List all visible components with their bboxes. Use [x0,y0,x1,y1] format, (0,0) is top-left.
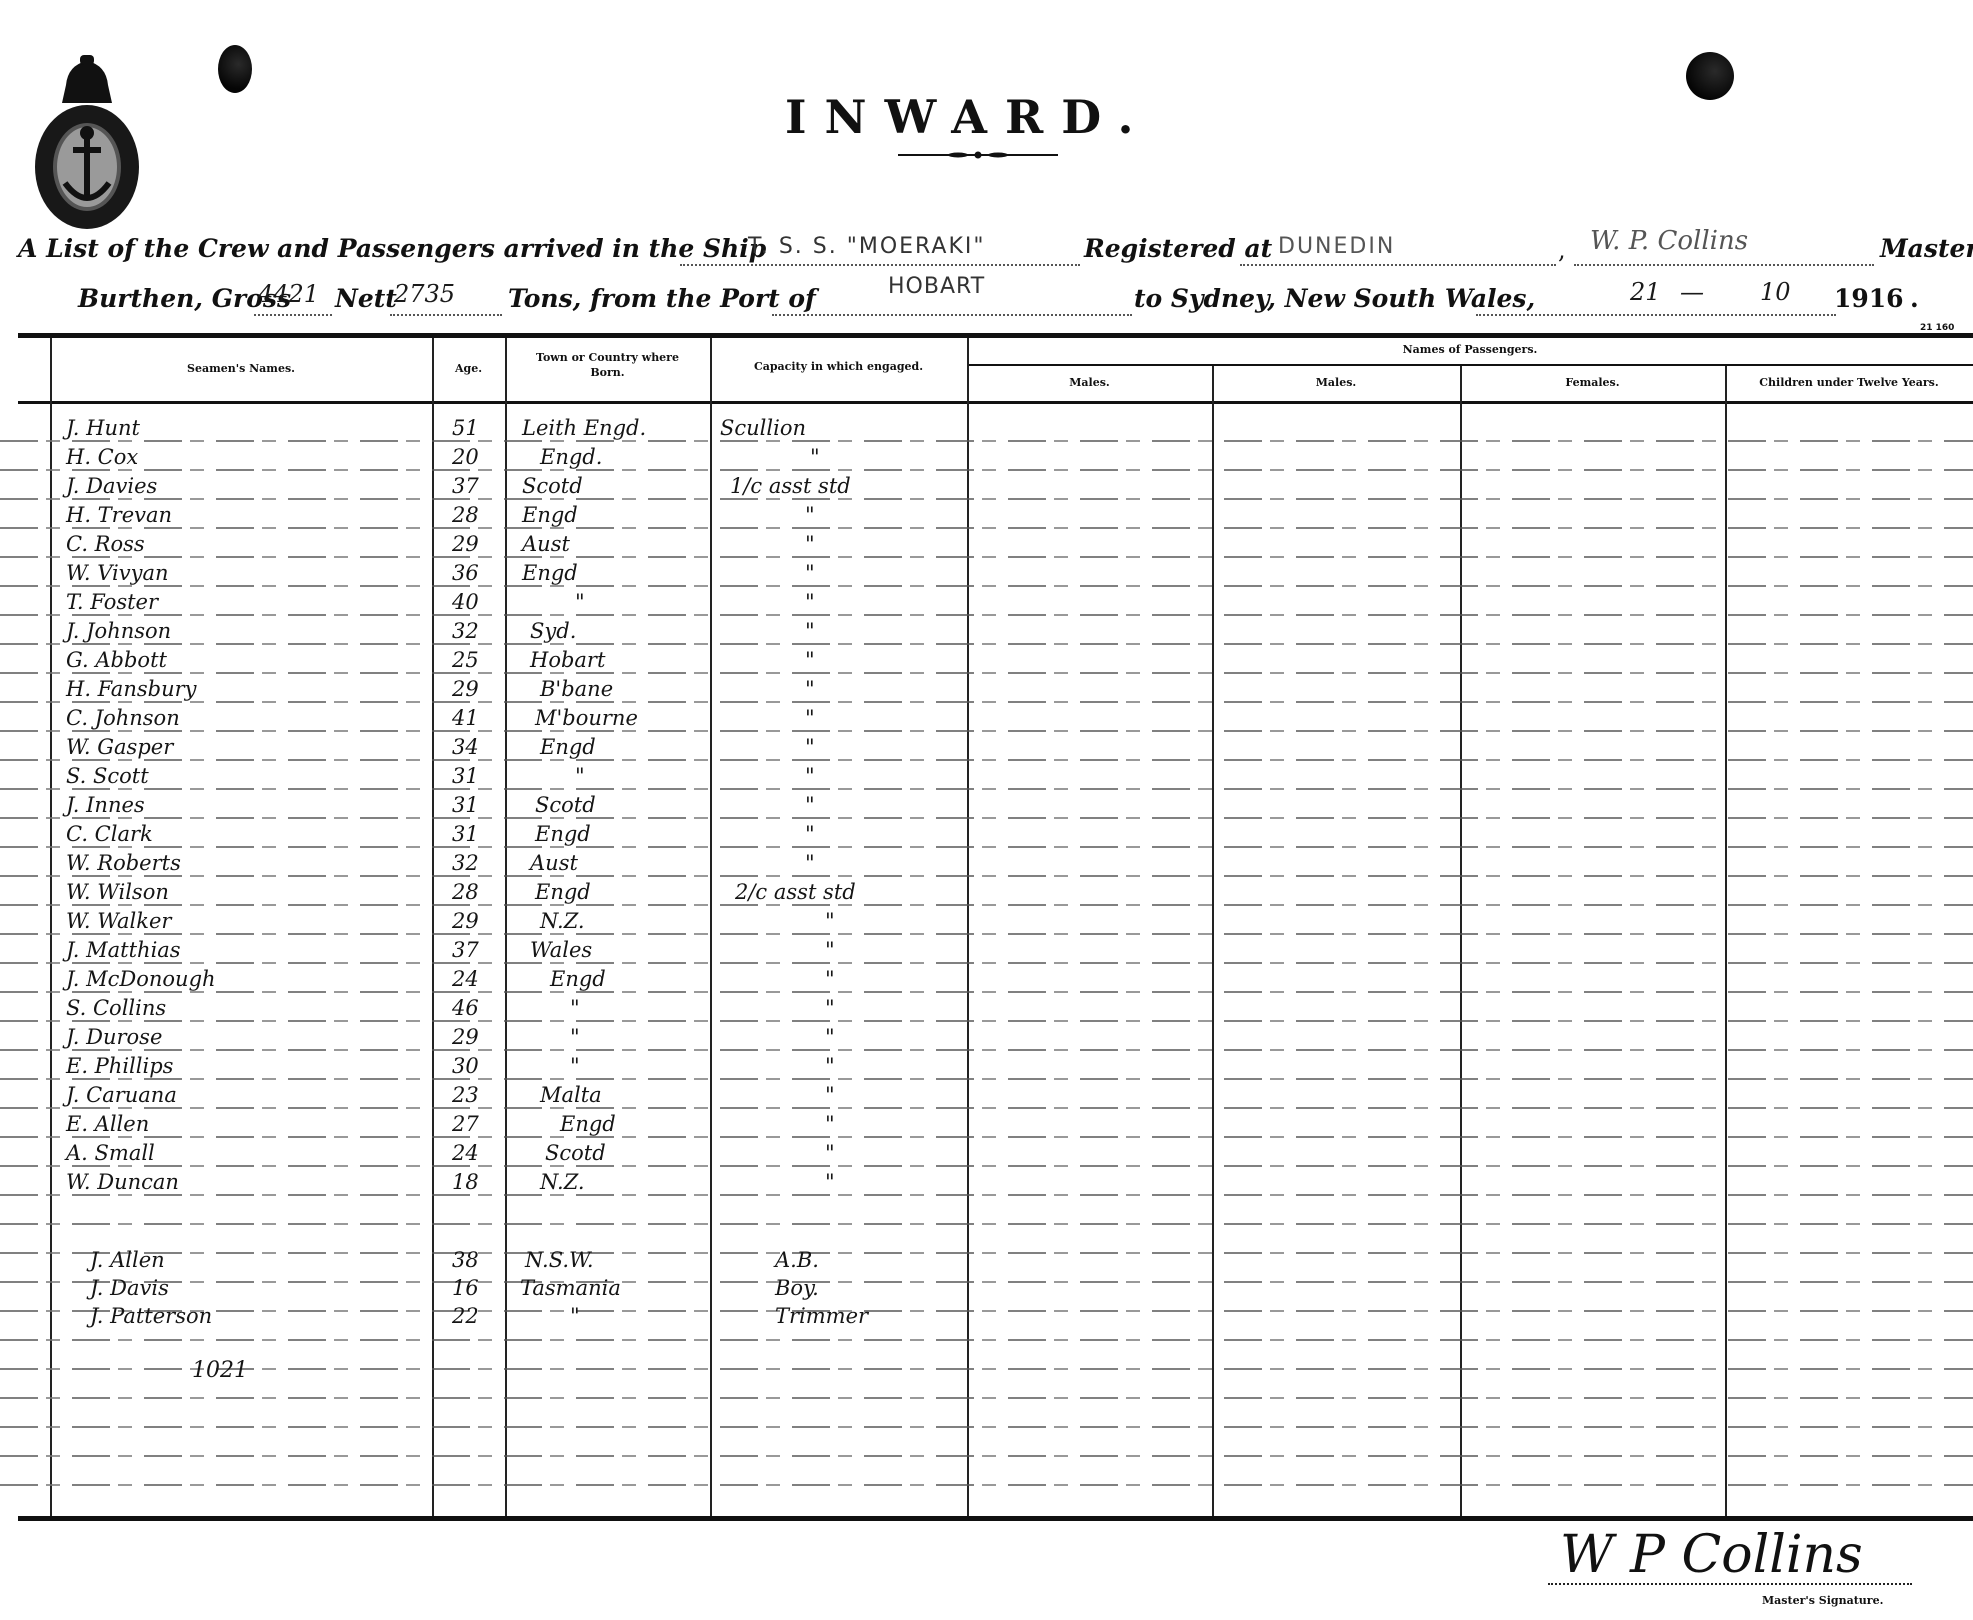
capacity: " [825,1112,835,1136]
birthplace: " [570,1025,580,1049]
row-rule [0,1049,1973,1051]
age: 32 [452,851,479,875]
capacity: " [825,1025,835,1049]
column-divider-capacity [710,338,712,1518]
seaman-name: J. Innes [66,793,145,817]
age: 25 [452,648,479,672]
row-rule [0,1281,1973,1283]
birthplace: Malta [540,1083,602,1107]
age: 30 [452,1054,479,1078]
row-rule [0,1397,1973,1399]
capacity: Boy. [775,1276,819,1300]
row-rule [0,1020,1973,1022]
column-header-born: Town or Country where Born. [530,350,685,380]
row-rule [0,788,1973,790]
birthplace: Wales [530,938,592,962]
capacity: " [805,706,815,730]
age: 29 [452,909,479,933]
row-rule [0,846,1973,848]
column-divider-children [1725,366,1727,1518]
age: 16 [452,1276,479,1300]
row-rule [0,701,1973,703]
birthplace: Syd. [530,619,576,643]
seaman-name: J. Davis [90,1276,169,1300]
capacity: " [805,648,815,672]
row-rule [0,991,1973,993]
birthplace: Engd [550,967,606,991]
header-bottom-rule [18,401,1973,404]
capacity: " [805,793,815,817]
seaman-name: J. Caruana [66,1083,177,1107]
row-rule [0,614,1973,616]
birthplace: N.Z. [540,1170,585,1194]
table-bottom-rule [18,1516,1973,1521]
punch-hole-left [218,45,252,93]
capacity: " [805,822,815,846]
column-header-age: Age. [432,362,505,375]
seaman-name: J. Johnson [66,619,171,643]
date-day: 21 [1630,278,1661,306]
column-header-males-1: Males. [967,376,1212,389]
seaman-name: J. Patterson [90,1304,212,1328]
column-divider-passengers [967,338,969,1518]
row-rule [0,904,1973,906]
row-rule [0,1165,1973,1167]
birthplace: Engd [560,1112,616,1136]
age: 29 [452,532,479,556]
age: 36 [452,561,479,585]
anchor-crest-icon [28,55,146,230]
capacity: " [825,909,835,933]
seaman-name: H. Trevan [66,503,172,527]
capacity: " [805,677,815,701]
age: 40 [452,590,479,614]
birthplace: Aust [522,532,570,556]
row-rule [0,1368,1973,1370]
row-rule [0,440,1973,442]
capacity: " [805,735,815,759]
row-rule [0,875,1973,877]
birthplace: Scotd [535,793,596,817]
age: 31 [452,793,479,817]
crew-list-intro-label: A List of the Crew and Passengers arrive… [18,234,766,263]
master-name-value: W. P. Collins [1590,226,1748,256]
age: 27 [452,1112,479,1136]
birthplace: " [575,764,585,788]
seaman-name: G. Abbott [66,648,167,672]
date-month: 10 [1760,278,1791,306]
row-rule [0,498,1973,500]
row-rule [0,933,1973,935]
tons-from-port-label: Tons, from the Port of [508,284,816,313]
age: 46 [452,996,479,1020]
nett-label: Nett [335,284,397,313]
row-rule [0,527,1973,529]
column-header-children: Children under Twelve Years. [1725,376,1973,389]
age: 32 [452,619,479,643]
tally-note: 1021 [192,1358,248,1383]
age: 29 [452,677,479,701]
signature-dotted-line [1548,1583,1912,1585]
nett-tons-value: 2735 [394,280,455,308]
capacity: " [810,445,820,469]
birthplace: Engd [540,735,596,759]
column-header-seamens-names: Seamen's Names. [50,362,432,375]
seaman-name: J. Matthias [66,938,181,962]
birthplace: M'bourne [535,706,638,730]
birthplace: N.Z. [540,909,585,933]
row-rule [0,672,1973,674]
birthplace: Engd [522,503,578,527]
capacity: 2/c asst std [735,880,856,904]
seaman-name: J. Hunt [66,416,140,440]
column-header-capacity: Capacity in which engaged. [710,360,967,373]
capacity: " [825,996,835,1020]
capacity: " [805,561,815,585]
birthplace: " [570,1054,580,1078]
seaman-name: J. McDonough [66,967,216,991]
birthplace: Engd. [540,445,602,469]
age: 18 [452,1170,479,1194]
date-separator: — [1680,278,1704,306]
row-rule [0,730,1973,732]
row-rule [0,1107,1973,1109]
capacity: " [805,590,815,614]
age: 22 [452,1304,479,1328]
form-number: 21 160 [1920,323,1954,333]
seaman-name: E. Phillips [66,1054,173,1078]
master-label: Master, [1880,234,1973,263]
birthplace: Scotd [522,474,583,498]
birthplace: Scotd [545,1141,606,1165]
seaman-name: J. Allen [90,1248,165,1272]
seaman-name: C. Ross [66,532,145,556]
column-header-females: Females. [1460,376,1725,389]
title-ornament-divider [898,151,1058,159]
age: 34 [452,735,479,759]
passenger-subheader-rule [967,364,1973,366]
capacity: 1/c asst std [730,474,851,498]
row-rule [0,1484,1973,1486]
seaman-name: H. Cox [66,445,138,469]
row-rule [0,1455,1973,1457]
capacity: " [825,1170,835,1194]
age: 31 [452,764,479,788]
gross-tons-value: 4421 [258,280,319,308]
capacity: " [805,503,815,527]
row-rule [0,1136,1973,1138]
table-top-rule [18,333,1973,338]
age: 23 [452,1083,479,1107]
row-rule [0,1194,1973,1196]
age: 31 [452,822,479,846]
capacity: " [805,532,815,556]
row-rule [0,962,1973,964]
row-rule [0,1078,1973,1080]
age: 41 [452,706,479,730]
seaman-name: A. Small [66,1141,155,1165]
master-signature-label: Master's Signature. [1762,1594,1883,1607]
age: 37 [452,474,479,498]
column-divider-females [1460,366,1462,1518]
birthplace: Aust [530,851,578,875]
birthplace: " [570,1304,580,1328]
seaman-name: J. Davies [66,474,157,498]
seaman-name: E. Allen [66,1112,149,1136]
seaman-name: W. Vivyan [66,561,169,585]
capacity: " [825,1054,835,1078]
age: 20 [452,445,479,469]
column-header-males-2: Males. [1212,376,1460,389]
seaman-name: H. Fansbury [66,677,197,701]
ship-name-value: T. S. S. "MOERAKI" [748,234,986,259]
birthplace: B'bane [540,677,613,701]
seaman-name: T. Foster [66,590,158,614]
capacity: " [805,619,815,643]
column-divider-born [505,338,507,1518]
column-header-passengers: Names of Passengers. [967,343,1973,356]
punch-hole-right [1686,52,1734,100]
seaman-name: J. Durose [66,1025,162,1049]
birthplace: Engd [535,822,591,846]
row-rule [0,817,1973,819]
row-rule [0,1426,1973,1428]
age: 28 [452,503,479,527]
age: 28 [452,880,479,904]
seaman-name: W. Walker [66,909,171,933]
age: 38 [452,1248,479,1272]
seaman-name: C. Clark [66,822,153,846]
capacity: " [825,967,835,991]
birthplace: Engd [522,561,578,585]
row-rule [0,759,1973,761]
age: 51 [452,416,479,440]
column-divider-males-2 [1212,366,1214,1518]
capacity: " [825,1141,835,1165]
birthplace: " [570,996,580,1020]
age: 37 [452,938,479,962]
document-title: INWARD. [785,90,1151,144]
row-rule [0,469,1973,471]
capacity: Trimmer [775,1304,868,1328]
seaman-name: W. Wilson [66,880,169,904]
birthplace: " [575,590,585,614]
seaman-name: W. Gasper [66,735,173,759]
master-signature: W P Collins [1560,1525,1863,1585]
row-rule [0,1223,1973,1225]
birthplace: N.S.W. [525,1248,594,1272]
row-rule [0,585,1973,587]
capacity: " [825,1083,835,1107]
birthplace: Hobart [530,648,605,672]
row-rule [0,1252,1973,1254]
seaman-name: C. Johnson [66,706,180,730]
capacity: Scullion [720,416,806,440]
seaman-name: S. Collins [66,996,166,1020]
column-divider-age [432,338,434,1518]
from-port-value: HOBART [888,274,985,299]
capacity: " [805,764,815,788]
age: 24 [452,967,479,991]
row-rule [0,1310,1973,1312]
row-rule [0,1339,1973,1341]
age: 29 [452,1025,479,1049]
seaman-name: W. Roberts [66,851,181,875]
header-comma: , [1558,236,1566,264]
birthplace: Tasmania [520,1276,621,1300]
column-divider-name-left [50,338,52,1518]
seaman-name: W. Duncan [66,1170,179,1194]
age: 24 [452,1141,479,1165]
birthplace: Engd [535,880,591,904]
date-year: 1916 [1834,284,1904,313]
capacity: " [825,938,835,962]
header-period: . [1910,284,1919,313]
birthplace: Leith Engd. [522,416,646,440]
seaman-name: S. Scott [66,764,149,788]
row-rule [0,643,1973,645]
capacity: " [805,851,815,875]
registered-port-value: DUNEDIN [1278,234,1395,259]
row-rule [0,556,1973,558]
capacity: A.B. [775,1248,819,1272]
